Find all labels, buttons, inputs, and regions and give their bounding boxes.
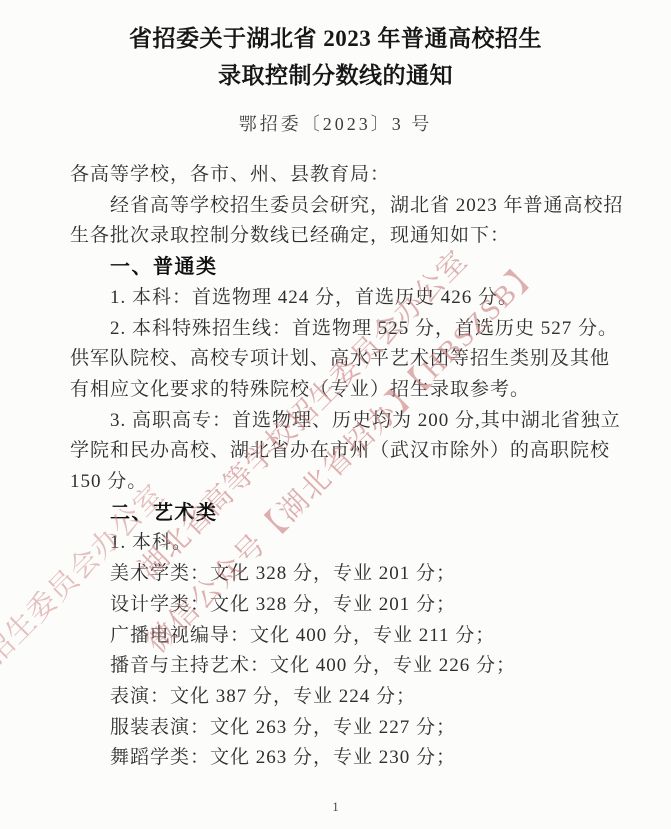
body-line: 美术学类：文化 328 分，专业 201 分； (70, 559, 598, 590)
document-page: 省招委关于湖北省 2023 年普通高校招生 录取控制分数线的通知 鄂招委〔202… (0, 0, 671, 829)
body-line: 各高等学校，各市、州、县教育局： (70, 160, 598, 191)
body-line: 1. 本科：首选物理 424 分，首选历史 426 分。 (70, 283, 598, 314)
body-line: 学院和民办高校、湖北省办在市州（武汉市除外）的高职院校 (70, 436, 598, 467)
body-line: 1. 本科。 (70, 528, 598, 559)
body-line: 有相应文化要求的特殊院校（专业）招生录取参考。 (70, 375, 598, 406)
section-heading: 一、普通类 (70, 252, 598, 283)
document-title-line2: 录取控制分数线的通知 (0, 57, 671, 94)
body-line: 供军队院校、高校专项计划、高水平艺术团等招生类别及其他 (70, 344, 598, 375)
body-line: 经省高等学校招生委员会研究，湖北省 2023 年普通高校招 (70, 191, 598, 222)
body-line: 服装表演：文化 263 分，专业 227 分； (70, 713, 598, 744)
body-line: 舞蹈学类：文化 263 分，专业 230 分； (70, 743, 598, 774)
body-line: 2. 本科特殊招生线：首选物理 525 分，首选历史 527 分。 (70, 314, 598, 345)
document-title-line1: 省招委关于湖北省 2023 年普通高校招生 (0, 20, 671, 57)
body-line: 生各批次录取控制分数线已经确定，现通知如下： (70, 221, 598, 252)
body-line: 广播电视编导：文化 400 分，专业 211 分； (70, 621, 598, 652)
body-line: 150 分。 (70, 467, 598, 498)
page-number: 1 (0, 799, 671, 815)
body-line: 设计学类：文化 328 分，专业 201 分； (70, 590, 598, 621)
document-title: 省招委关于湖北省 2023 年普通高校招生 录取控制分数线的通知 (0, 20, 671, 94)
body-line: 3. 高职高专：首选物理、历史均为 200 分,其中湖北省独立 (70, 406, 598, 437)
body-line: 表演：文化 387 分，专业 224 分； (70, 682, 598, 713)
document-number: 鄂招委〔2023〕3 号 (0, 110, 671, 136)
body-line: 播音与主持艺术：文化 400 分，专业 226 分； (70, 651, 598, 682)
document-body: 各高等学校，各市、州、县教育局：经省高等学校招生委员会研究，湖北省 2023 年… (70, 160, 598, 774)
section-heading: 二、艺术类 (70, 498, 598, 529)
